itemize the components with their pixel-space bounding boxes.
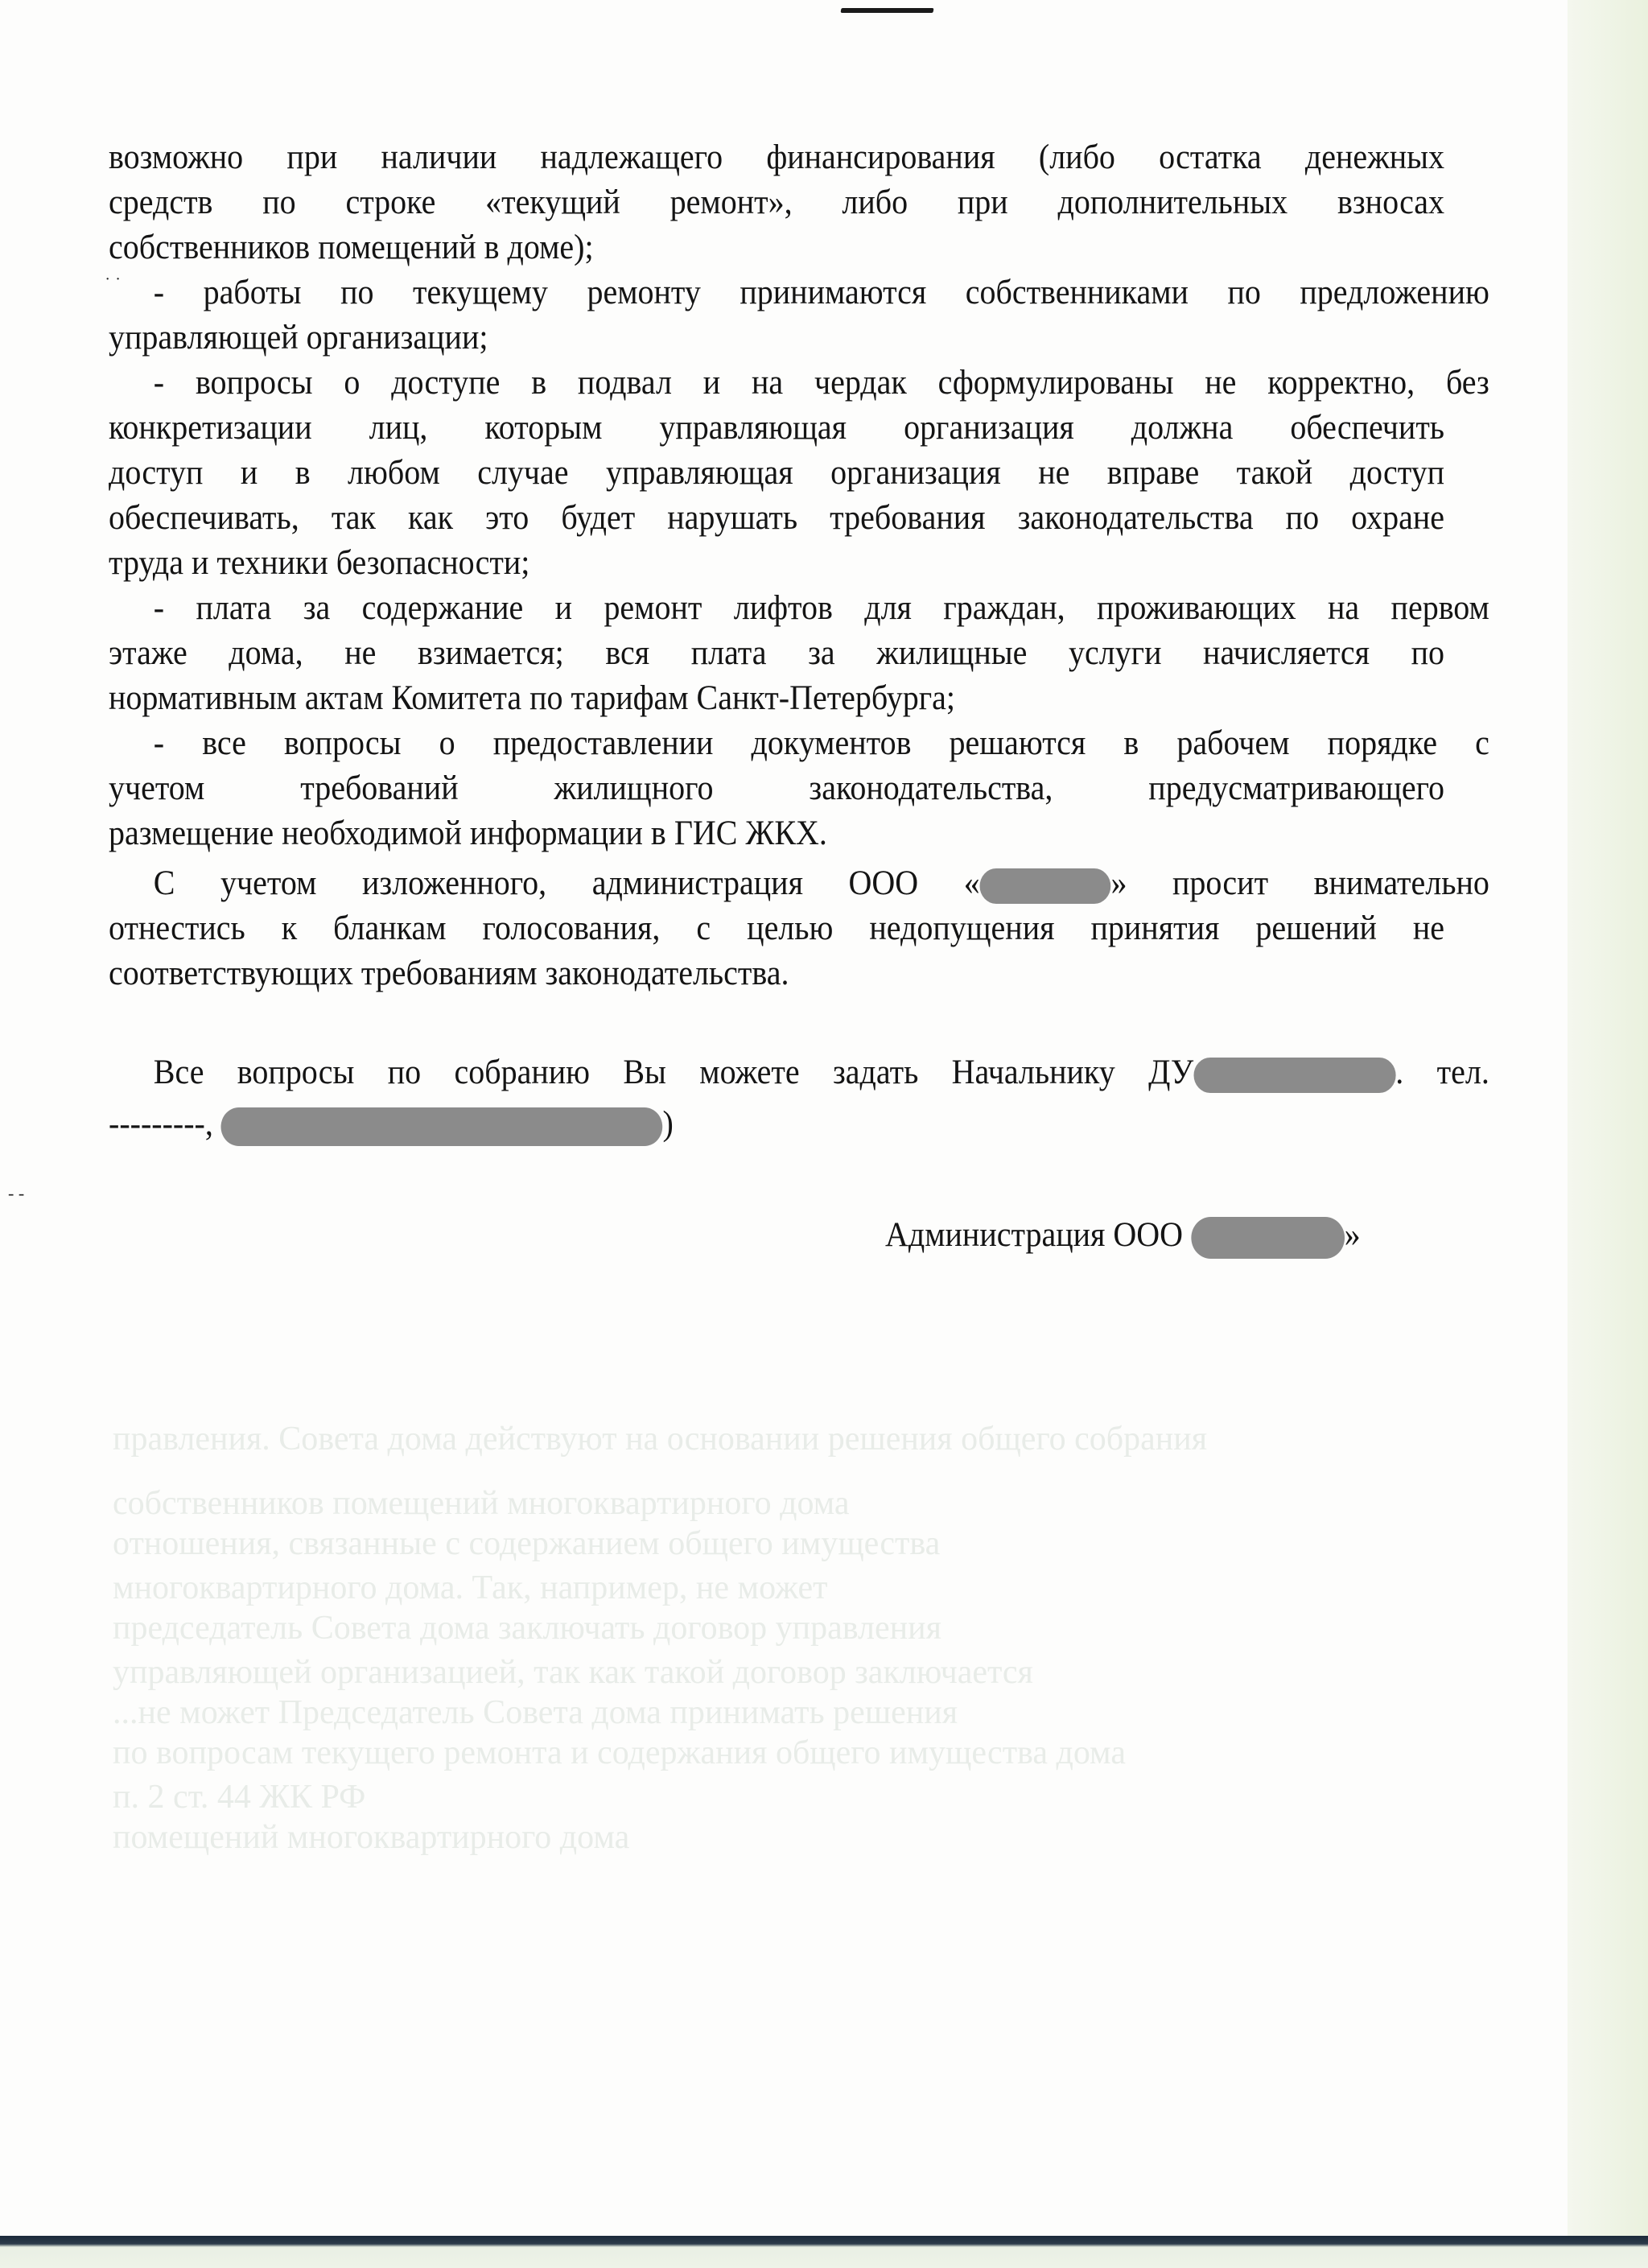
redaction-person-name xyxy=(1193,1058,1395,1093)
body-line: собственников помещений в доме); xyxy=(109,225,1444,270)
bleed-line: ...не может Председатель Совета дома при… xyxy=(113,1690,1481,1735)
body-list-block: возможно при наличии надлежащего финанси… xyxy=(109,135,1351,856)
contact-line-2: ---------, ) xyxy=(109,1095,1444,1147)
contact-line-1: Все вопросы по собранию Вы можете задать… xyxy=(109,1050,1489,1095)
body-line: конкретизации лиц, которым управляющая о… xyxy=(109,406,1444,451)
redaction-phone xyxy=(221,1107,663,1146)
bleed-line: председатель Совета дома заключать догов… xyxy=(113,1606,1481,1651)
scan-mark-top xyxy=(840,8,933,13)
bleed-line: помещений многоквартирного дома xyxy=(113,1815,1481,1860)
bleed-line: п. 2 ст. 44 ЖК РФ xyxy=(113,1775,1481,1820)
contact-paragraph: Все вопросы по собранию Вы можете задать… xyxy=(109,1050,1351,1147)
list-item-line: - работы по текущему ремонту принимаются… xyxy=(109,270,1489,315)
bleed-line: отношения, связанные с содержанием общег… xyxy=(113,1521,1481,1566)
redaction-company-name xyxy=(980,868,1111,904)
signature-quote: » xyxy=(1345,1216,1361,1254)
body-line: возможно при наличии надлежащего финанси… xyxy=(109,135,1444,180)
list-item-line: - вопросы о доступе в подвал и на чердак… xyxy=(109,361,1489,406)
body-line: доступ и в любом случае управляющая орга… xyxy=(109,451,1444,496)
text-fragment: Все вопросы по собранию Вы можете задать… xyxy=(154,1054,1193,1091)
request-line-3: соответствующих требованиям законодатель… xyxy=(109,951,1444,996)
request-line-2: отнестись к бланкам голосования, с целью… xyxy=(109,906,1444,951)
request-line-1: С учетом изложенного, администрация ООО … xyxy=(109,861,1489,906)
text-fragment: ---------, xyxy=(109,1105,213,1143)
bleed-line: собственников помещений многоквартирного… xyxy=(113,1481,1481,1526)
bleed-line: управляющей организацией, так как такой … xyxy=(113,1650,1481,1695)
request-paragraph: С учетом изложенного, администрация ООО … xyxy=(109,861,1351,996)
bleed-line: многоквартирного дома. Так, например, не… xyxy=(113,1565,1481,1610)
signature-text: Администрация ООО xyxy=(885,1216,1183,1254)
signature-line: Администрация ООО » xyxy=(885,1215,1361,1259)
body-line: учетом требований жилищного законодатель… xyxy=(109,766,1444,811)
body-line: обеспечивать, так как это будет нарушать… xyxy=(109,496,1444,541)
text-fragment: » просит внимательно xyxy=(1110,864,1489,902)
list-item-line: - все вопросы о предоставлении документо… xyxy=(109,721,1489,766)
redaction-company-name xyxy=(1191,1217,1345,1259)
scan-speck: - - xyxy=(8,1183,24,1204)
text-fragment: . тел. xyxy=(1395,1054,1489,1091)
scanner-bottom-edge xyxy=(0,2236,1648,2268)
body-line: этаже дома, не взимается; вся плата за ж… xyxy=(109,631,1444,676)
bleed-line: по вопросам текущего ремонта и содержани… xyxy=(113,1730,1481,1775)
body-line: труда и техники безопасности; xyxy=(109,541,1444,586)
text-fragment: ) xyxy=(663,1105,674,1143)
bleed-line: правления. Совета дома действуют на осно… xyxy=(113,1416,1481,1462)
body-line: средств по строке «текущий ремонт», либо… xyxy=(109,180,1444,225)
scanned-page: ˙ ˙ - - правления. Совета дома действуют… xyxy=(0,0,1648,2268)
body-line: управляющей организации; xyxy=(109,315,1444,361)
text-fragment: С учетом изложенного, администрация ООО … xyxy=(154,864,980,902)
body-line: размещение необходимой информации в ГИС … xyxy=(109,811,1444,856)
scanner-margin-strip xyxy=(1568,0,1648,2268)
body-line: нормативным актам Комитета по тарифам Са… xyxy=(109,676,1444,721)
list-item-line: - плата за содержание и ремонт лифтов дл… xyxy=(109,586,1489,631)
